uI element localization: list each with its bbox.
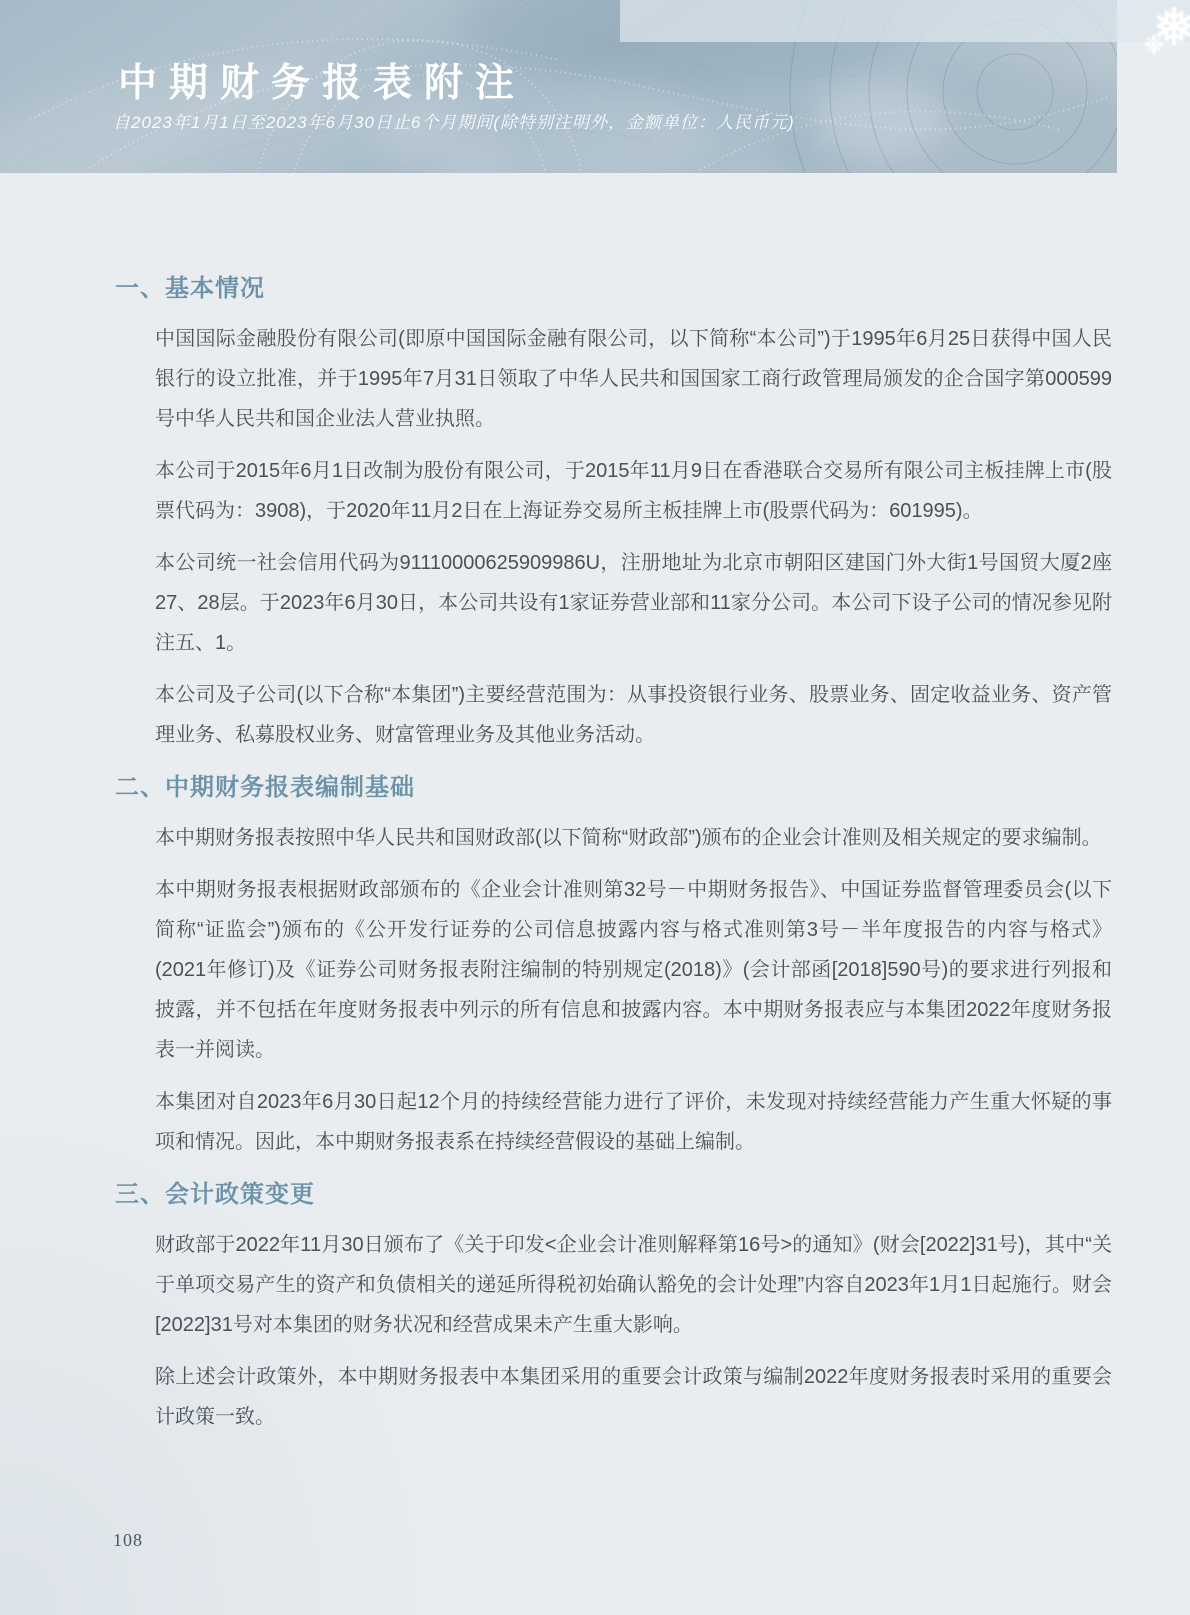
paragraph: 本公司于2015年6月1日改制为股份有限公司，于2015年11月9日在香港联合交… bbox=[115, 451, 1112, 531]
page-title: 中期财务报表附注 bbox=[118, 52, 526, 108]
page-subtitle: 自2023年1月1日至2023年6月30日止6个月期间(除特别注明外，金额单位：… bbox=[113, 108, 795, 133]
paragraph: 除上述会计政策外，本中期财务报表中本集团采用的重要会计政策与编制2022年度财务… bbox=[115, 1357, 1112, 1437]
paragraph: 本中期财务报表根据财政部颁布的《企业会计准则第32号－中期财务报告》、中国证券监… bbox=[115, 870, 1112, 1070]
section-heading-1: 一、基本情况 bbox=[115, 268, 1112, 303]
paragraph: 本公司及子公司(以下合称“本集团”)主要经营范围为：从事投资银行业务、股票业务、… bbox=[115, 675, 1112, 755]
document-content: 一、基本情况 中国国际金融股份有限公司(即原中国国际金融有限公司，以下简称“本公… bbox=[115, 268, 1112, 1449]
section-heading-2: 二、中期财务报表编制基础 bbox=[115, 767, 1112, 802]
paragraph: 本中期财务报表按照中华人民共和国财政部(以下简称“财政部”)颁布的企业会计准则及… bbox=[115, 818, 1112, 858]
section-heading-3: 三、会计政策变更 bbox=[115, 1174, 1112, 1209]
paragraph: 中国国际金融股份有限公司(即原中国国际金融有限公司，以下简称“本公司”)于199… bbox=[115, 319, 1112, 439]
small-snowflake-glyph: ❉ bbox=[1144, 34, 1164, 58]
snowflake-icon: ❅ ❉ bbox=[1152, 2, 1190, 54]
paragraph: 财政部于2022年11月30日颁布了《关于印发<企业会计准则解释第16号>的通知… bbox=[115, 1225, 1112, 1345]
page-number: 108 bbox=[113, 1530, 143, 1551]
paragraph: 本公司统一社会信用代码为91110000625909986U，注册地址为北京市朝… bbox=[115, 543, 1112, 663]
paragraph: 本集团对自2023年6月30日起12个月的持续经营能力进行了评价，未发现对持续经… bbox=[115, 1082, 1112, 1162]
top-band-decoration bbox=[620, 0, 1190, 42]
